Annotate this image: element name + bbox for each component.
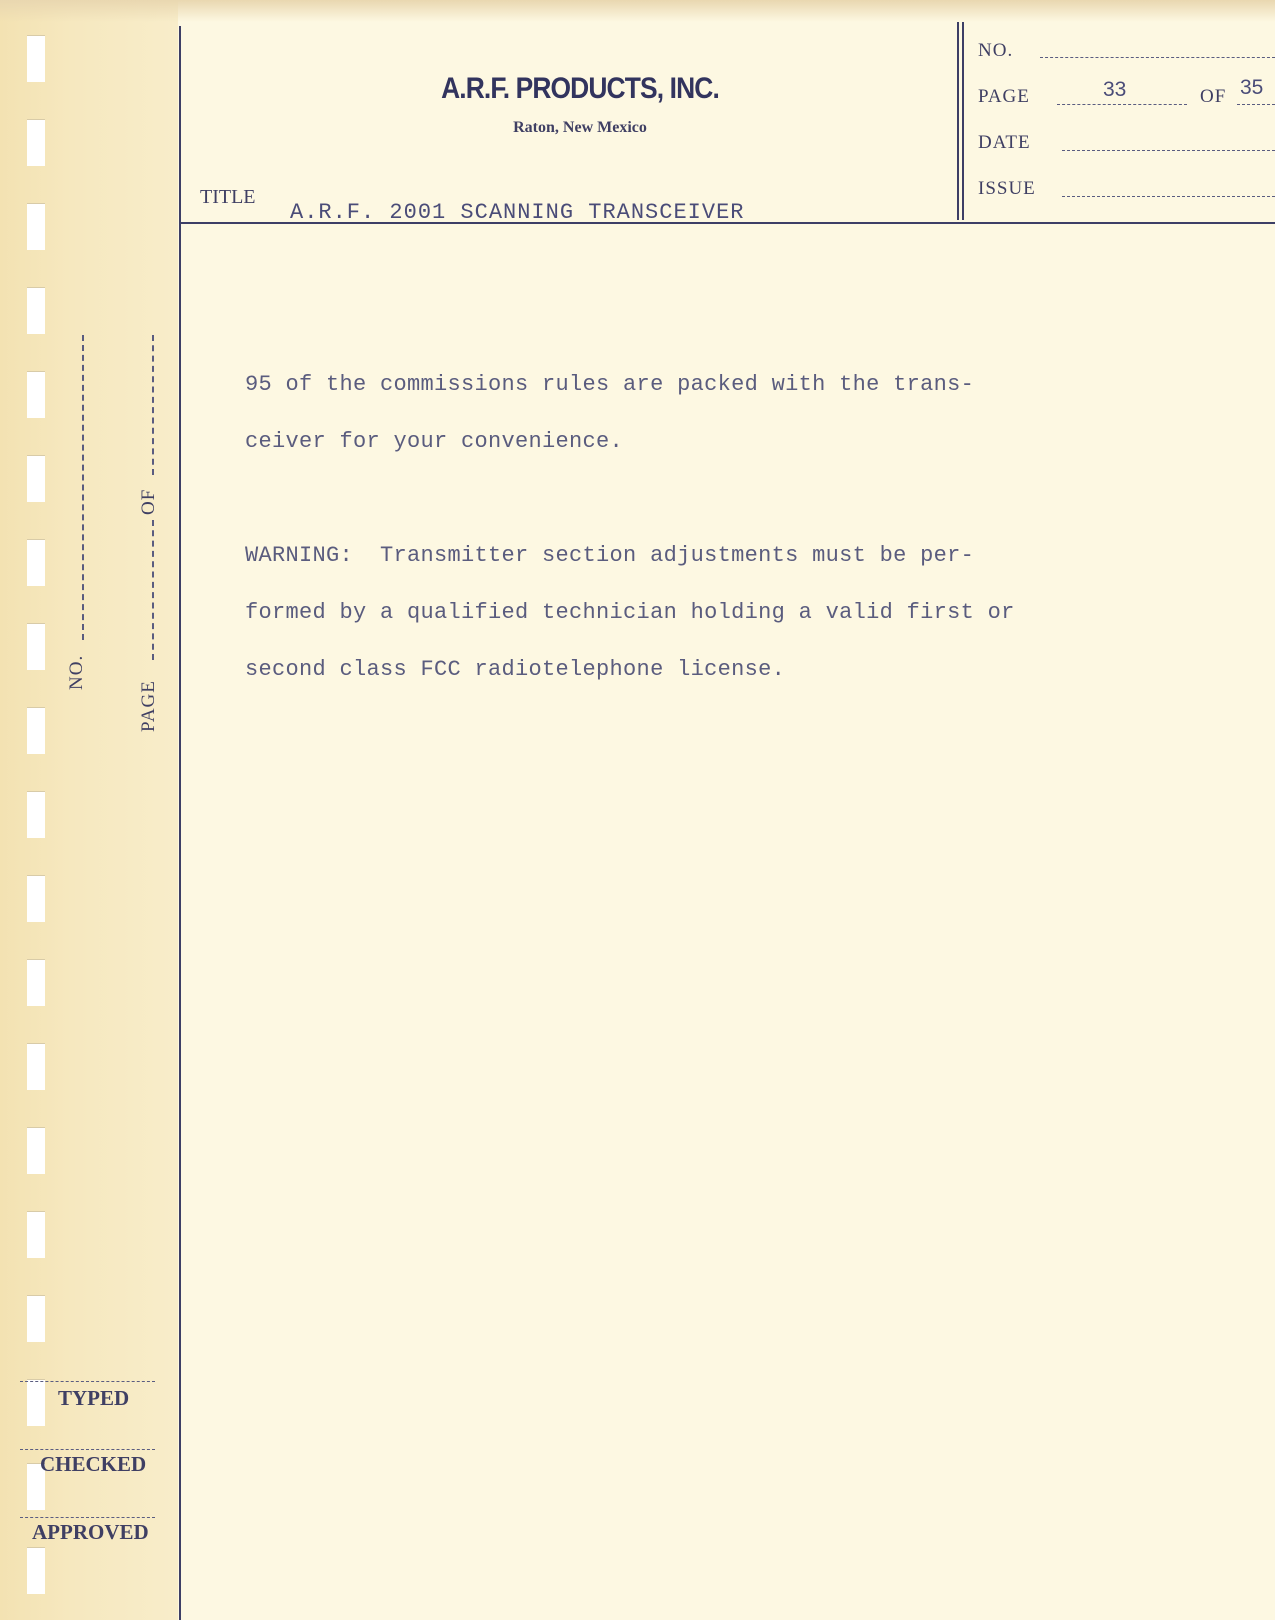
document-title: A.R.F. 2001 SCANNING TRANSCEIVER [290, 200, 744, 225]
punch-hole [27, 539, 45, 586]
punch-hole [27, 1379, 45, 1426]
punch-hole [27, 875, 45, 922]
page-total: 35 [1240, 76, 1263, 100]
approved-label: APPROVED [32, 1520, 149, 1545]
page-edge-shadow [0, 0, 1275, 22]
punch-hole [27, 1295, 45, 1342]
of-label: OF [1200, 86, 1226, 108]
margin-page-line [152, 520, 154, 660]
punch-hole [27, 119, 45, 166]
meta-box-rule [962, 22, 964, 220]
meta-box-rule [957, 22, 959, 220]
checked-label: CHECKED [40, 1452, 146, 1477]
margin-rule [179, 26, 181, 1620]
body-line: ceiver for your convenience. [245, 429, 623, 454]
punch-hole [27, 1211, 45, 1258]
warning-line: WARNING: Transmitter section adjustments… [245, 543, 974, 568]
margin-of-line [152, 335, 154, 475]
warning-line: second class FCC radiotelephone license. [245, 657, 785, 682]
punch-hole [27, 1043, 45, 1090]
punch-hole [27, 1127, 45, 1174]
punch-hole [27, 623, 45, 670]
issue-field-line [1062, 196, 1275, 197]
warning-line: formed by a qualified technician holding… [245, 600, 1015, 625]
typed-line [20, 1381, 155, 1382]
margin-no-label: NO. [66, 655, 88, 690]
no-label: NO. [978, 40, 1013, 62]
company-location: Raton, New Mexico [430, 119, 730, 137]
punch-hole [27, 959, 45, 1006]
of-field-line [1237, 104, 1275, 105]
date-field-line [1062, 150, 1275, 151]
title-label: TITLE [200, 186, 256, 209]
page-label: PAGE [978, 86, 1030, 108]
punch-hole [27, 35, 45, 82]
punch-hole [27, 371, 45, 418]
typed-label: TYPED [58, 1386, 129, 1411]
approved-line [20, 1517, 155, 1518]
page-number: 33 [1103, 78, 1126, 102]
margin-of-label: OF [138, 489, 160, 515]
company-name: A.R.F. PRODUCTS, INC. [404, 72, 756, 106]
punch-hole [27, 707, 45, 754]
punch-hole [27, 1547, 45, 1594]
punch-hole [27, 203, 45, 250]
body-line: 95 of the commissions rules are packed w… [245, 372, 974, 397]
punch-hole [27, 287, 45, 334]
date-label: DATE [978, 132, 1031, 154]
checked-line [20, 1449, 155, 1450]
margin-page-label: PAGE [138, 680, 160, 732]
issue-label: ISSUE [978, 178, 1036, 200]
no-field-line [1040, 57, 1275, 58]
margin-no-line [82, 335, 84, 640]
punch-hole [27, 455, 45, 502]
page-field-line [1057, 104, 1187, 105]
punch-hole [27, 791, 45, 838]
